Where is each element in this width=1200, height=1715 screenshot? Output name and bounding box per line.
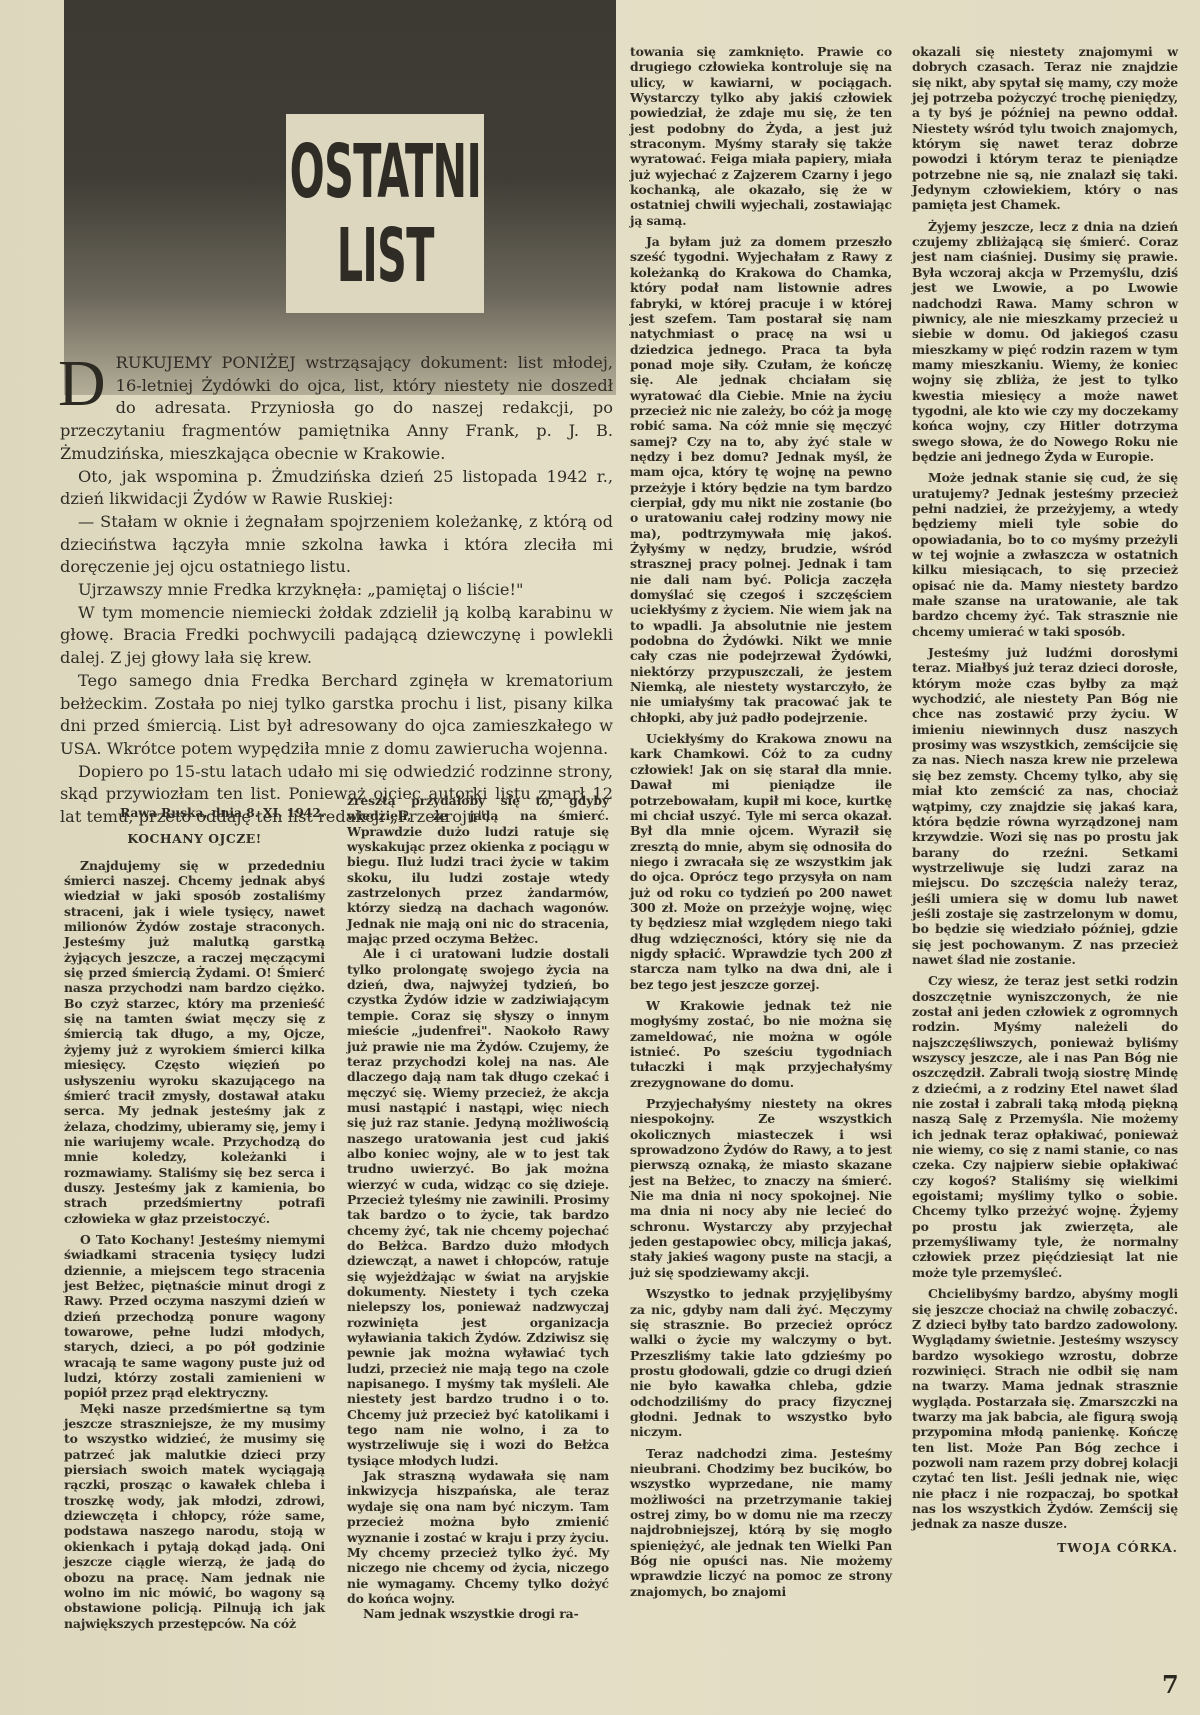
intro-paragraph: Oto, jak wspomina p. Żmudzińska dzień 25… bbox=[60, 466, 613, 511]
letter-paragraph: Jesteśmy już ludźmi dorosłymi teraz. Mia… bbox=[912, 645, 1178, 967]
letter-paragraph: Nam jednak wszystkie drogi ra- bbox=[347, 1606, 609, 1621]
intro-paragraph: — Stałam w oknie i żegnałam spojrzeniem … bbox=[60, 511, 613, 579]
letter-signature: TWOJA CÓRKA. bbox=[912, 1540, 1178, 1555]
intro-paragraph: W tym momencie niemiecki żołdak zdzielił… bbox=[60, 602, 613, 670]
article-title-line-1: OSTATNI bbox=[289, 130, 481, 214]
letter-paragraph: Czy wiesz, że teraz jest setki rodzin do… bbox=[912, 973, 1178, 1280]
letter-paragraph: Żyjemy jeszcze, lecz z dnia na dzień czu… bbox=[912, 219, 1178, 465]
intro-paragraph: Ujrzawszy mnie Fredka krzyknęła: „pamięt… bbox=[60, 579, 613, 602]
intro-paragraph: DRUKUJEMY PONIŻEJ wstrząsający dokument:… bbox=[60, 352, 613, 466]
article-intro: DRUKUJEMY PONIŻEJ wstrząsający dokument:… bbox=[60, 352, 613, 829]
letter-paragraph: Ja byłam już za domem przeszło sześć tyg… bbox=[630, 234, 892, 725]
letter-paragraph: Może jednak stanie się cud, że się uratu… bbox=[912, 470, 1178, 639]
letter-paragraph: O Tato Kochany! Jesteśmy niemymi świadka… bbox=[64, 1232, 325, 1401]
letter-column-2: zresztą przydałoby się to, gdyby wiedzie… bbox=[347, 793, 609, 1622]
letter-paragraph: zresztą przydałoby się to, gdyby wiedzie… bbox=[347, 793, 609, 946]
letter-paragraph: Uciekłyśmy do Krakowa znowu na kark Cham… bbox=[630, 731, 892, 992]
title-banner: OSTATNI LIST bbox=[64, 0, 616, 395]
letter-paragraph: towania się zamknięto. Prawie co drugieg… bbox=[630, 44, 892, 228]
letter-paragraph: Przyjechałyśmy niestety na okres niespok… bbox=[630, 1096, 892, 1280]
title-box: OSTATNI LIST bbox=[286, 114, 484, 313]
article-title-line-2: LIST bbox=[336, 214, 433, 298]
letter-paragraph: Znajdujemy się w przededniu śmierci nasz… bbox=[64, 858, 325, 1226]
letter-paragraph: Ale i ci uratowani ludzie dostali tylko … bbox=[347, 946, 609, 1468]
letter-paragraph: okazali się niestety znajomymi w dobrych… bbox=[912, 44, 1178, 213]
letter-paragraph: Wszystko to jednak przyjęlibyśmy za nic,… bbox=[630, 1286, 892, 1439]
letter-column-1: Rawa Ruska, dnia 8. XI. 1942. KOCHANY OJ… bbox=[64, 805, 325, 1631]
letter-dateline: Rawa Ruska, dnia 8. XI. 1942. bbox=[64, 805, 325, 820]
letter-column-3: towania się zamknięto. Prawie co drugieg… bbox=[630, 44, 892, 1599]
page-number: 7 bbox=[1162, 1670, 1179, 1699]
letter-paragraph: Jak straszną wydawała się nam inkwizycja… bbox=[347, 1468, 609, 1606]
letter-column-4: okazali się niestety znajomymi w dobrych… bbox=[912, 44, 1178, 1555]
letter-paragraph: Chcielibyśmy bardzo, abyśmy mogli się je… bbox=[912, 1286, 1178, 1532]
letter-salutation: KOCHANY OJCZE! bbox=[64, 831, 325, 846]
intro-paragraph: Tego samego dnia Fredka Berchard zginęła… bbox=[60, 670, 613, 761]
letter-paragraph: Teraz nadchodzi zima. Jesteśmy nieubrani… bbox=[630, 1446, 892, 1599]
drop-cap: D bbox=[58, 356, 106, 412]
letter-paragraph: W Krakowie jednak też nie mogłyśmy zosta… bbox=[630, 998, 892, 1090]
letter-paragraph: Męki nasze przedśmiertne są tym jeszcze … bbox=[64, 1401, 325, 1631]
magazine-page: OSTATNI LIST DRUKUJEMY PONIŻEJ wstrząsaj… bbox=[0, 0, 1200, 1715]
